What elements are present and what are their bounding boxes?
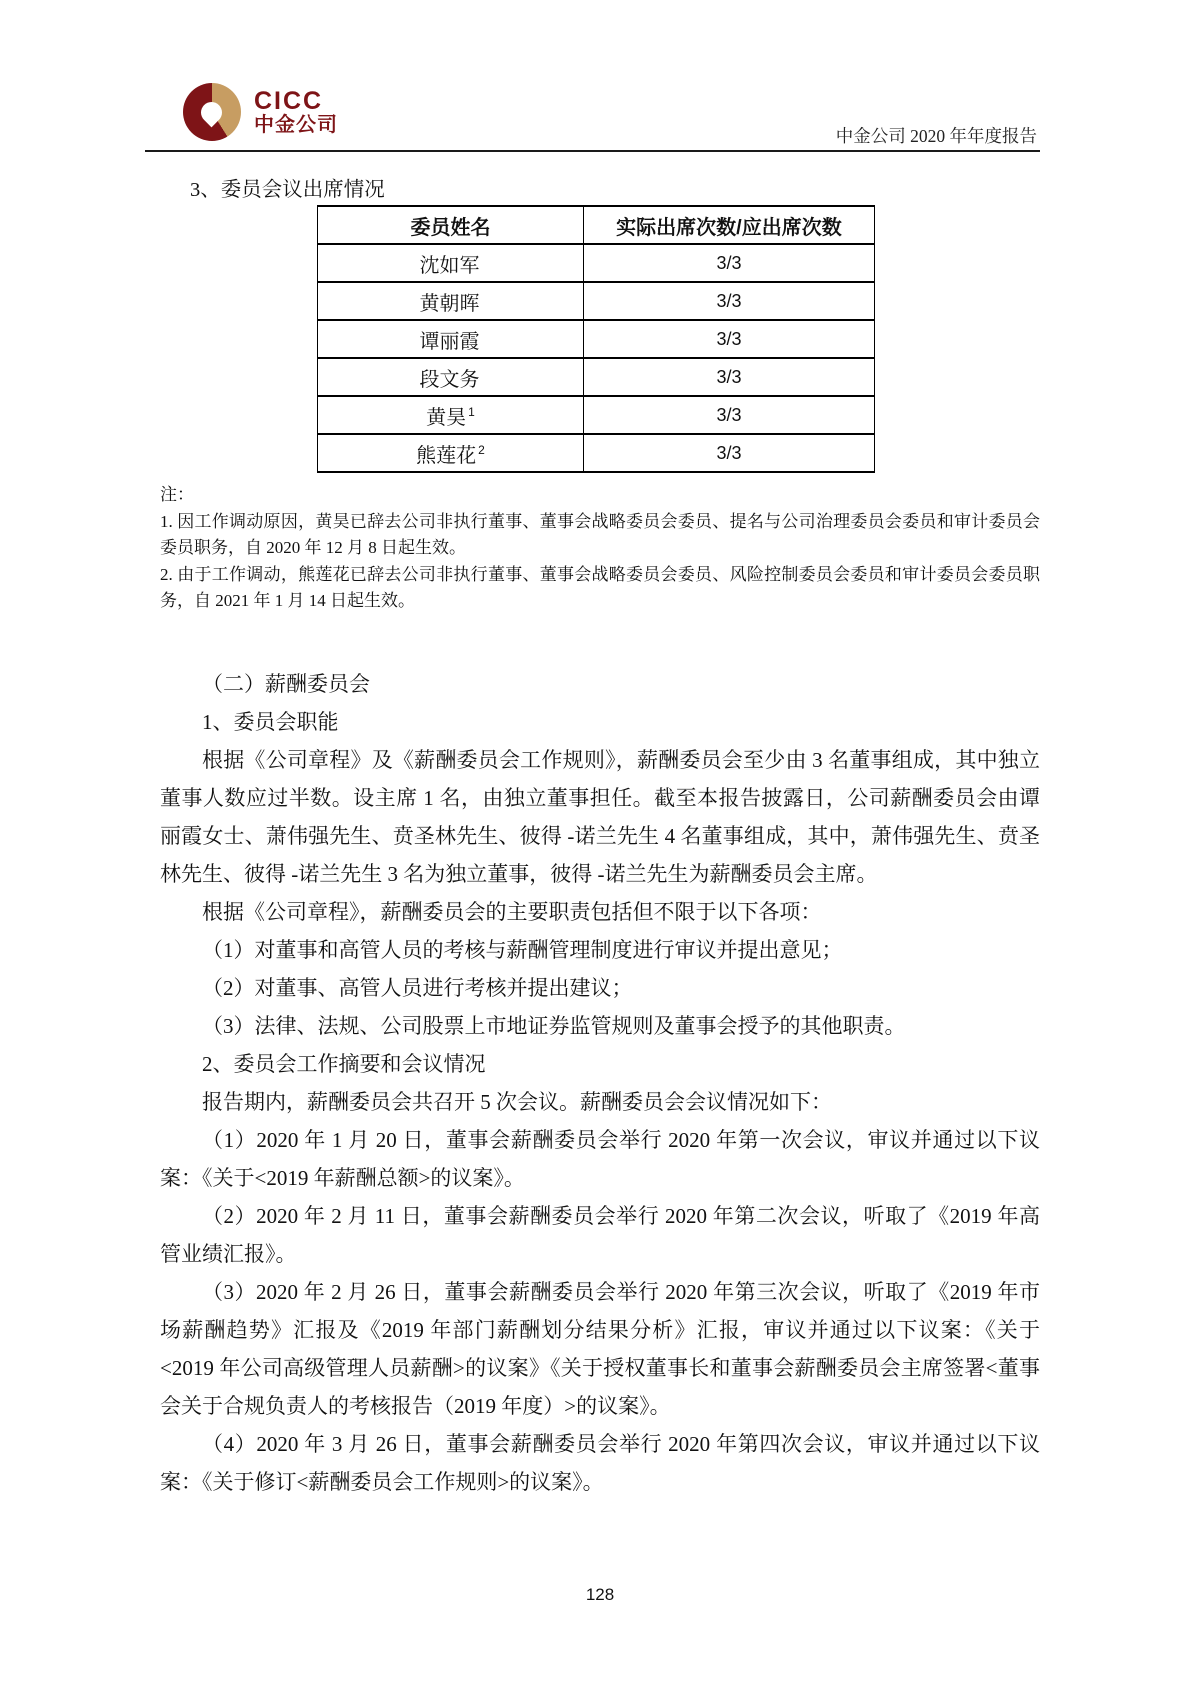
attendance-table: 委员姓名 实际出席次数/应出席次数 沈如军 3/3 黄朝晖 3/3 谭丽霞 3/…: [317, 205, 875, 473]
logo-company-label: 中金公司: [254, 115, 338, 136]
attendance-value: 3/3: [583, 244, 874, 282]
table-header-row: 委员姓名 实际出席次数/应出席次数: [318, 206, 875, 244]
attendance-heading: 3、委员会议出席情况: [190, 172, 1040, 202]
paragraph: 根据《公司章程》及《薪酬委员会工作规则》，薪酬委员会至少由 3 名董事组成，其中…: [160, 741, 1040, 893]
logo-cicc-label: CICC: [254, 88, 338, 114]
table-row: 段文务 3/3: [318, 358, 875, 396]
page-content: 3、委员会议出席情况 委员姓名 实际出席次数/应出席次数 沈如军 3/3 黄朝晖…: [160, 172, 1040, 1605]
table-notes: 注： 1. 因工作调动原因，黄昊已辞去公司非执行董事、董事会战略委员会委员、提名…: [160, 482, 1040, 615]
meeting-item: （3）2020 年 2 月 26 日，董事会薪酬委员会举行 2020 年第三次会…: [160, 1273, 1040, 1425]
paragraph: 根据《公司章程》，薪酬委员会的主要职责包括但不限于以下各项：: [160, 893, 1040, 931]
note-item-1: 1. 因工作调动原因，黄昊已辞去公司非执行董事、董事会战略委员会委员、提名与公司…: [160, 509, 1040, 562]
member-name: 熊莲花: [416, 445, 476, 467]
notes-label: 注：: [160, 482, 1040, 509]
table-row: 沈如军 3/3: [318, 244, 875, 282]
footnote-ref: 2: [478, 443, 485, 457]
cicc-logo-hole: [197, 98, 227, 128]
remuneration-section: （二）薪酬委员会 1、委员会职能 根据《公司章程》及《薪酬委员会工作规则》，薪酬…: [160, 665, 1040, 1501]
report-page: CICC 中金公司 中金公司 2020 年年度报告 3、委员会议出席情况 委员姓…: [0, 0, 1190, 1683]
attendance-value: 3/3: [583, 358, 874, 396]
column-header-name: 委员姓名: [318, 206, 584, 244]
sub-heading-functions: 1、委员会职能: [160, 703, 1040, 741]
page-number: 128: [160, 1585, 1040, 1605]
remuneration-heading: （二）薪酬委员会: [160, 665, 1040, 703]
table-row: 谭丽霞 3/3: [318, 320, 875, 358]
cicc-logo-text: CICC 中金公司: [254, 88, 338, 135]
member-name: 沈如军: [419, 255, 479, 277]
cicc-logo-icon: [183, 83, 241, 141]
attendance-value: 3/3: [583, 320, 874, 358]
sub-heading-meetings: 2、委员会工作摘要和会议情况: [160, 1045, 1040, 1083]
cicc-logo: CICC 中金公司: [183, 83, 338, 141]
paragraph: 报告期内，薪酬委员会共召开 5 次会议。薪酬委员会会议情况如下：: [160, 1083, 1040, 1121]
member-name: 谭丽霞: [419, 331, 479, 353]
table-row: 黄昊1 3/3: [318, 396, 875, 434]
list-item: （2）对董事、高管人员进行考核并提出建议；: [160, 969, 1040, 1007]
report-title: 中金公司 2020 年年度报告: [836, 123, 1037, 148]
list-item: （1）对董事和高管人员的考核与薪酬管理制度进行审议并提出意见；: [160, 931, 1040, 969]
member-name: 黄昊: [426, 407, 466, 429]
footnote-ref: 1: [468, 405, 475, 419]
table-row: 黄朝晖 3/3: [318, 282, 875, 320]
attendance-value: 3/3: [583, 396, 874, 434]
meeting-item: （1）2020 年 1 月 20 日，董事会薪酬委员会举行 2020 年第一次会…: [160, 1121, 1040, 1197]
column-header-attendance: 实际出席次数/应出席次数: [583, 206, 874, 244]
member-name: 段文务: [419, 369, 479, 391]
list-item: （3）法律、法规、公司股票上市地证券监管规则及董事会授予的其他职责。: [160, 1007, 1040, 1045]
attendance-value: 3/3: [583, 434, 874, 472]
attendance-value: 3/3: [583, 282, 874, 320]
header-divider: [145, 150, 1040, 152]
member-name: 黄朝晖: [419, 293, 479, 315]
note-item-2: 2. 由于工作调动，熊莲花已辞去公司非执行董事、董事会战略委员会委员、风险控制委…: [160, 562, 1040, 615]
table-row: 熊莲花2 3/3: [318, 434, 875, 472]
meeting-item: （2）2020 年 2 月 11 日，董事会薪酬委员会举行 2020 年第二次会…: [160, 1197, 1040, 1273]
meeting-item: （4）2020 年 3 月 26 日，董事会薪酬委员会举行 2020 年第四次会…: [160, 1425, 1040, 1501]
